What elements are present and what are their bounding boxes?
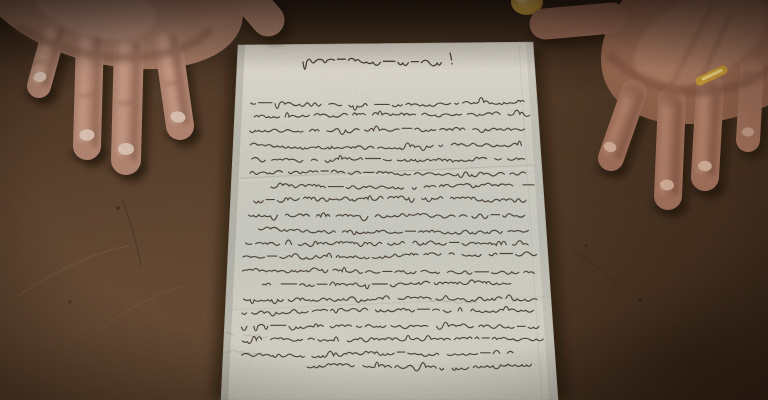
photo-letter-scene — [0, 0, 768, 400]
vignette — [0, 0, 768, 400]
photo-render — [0, 0, 768, 400]
